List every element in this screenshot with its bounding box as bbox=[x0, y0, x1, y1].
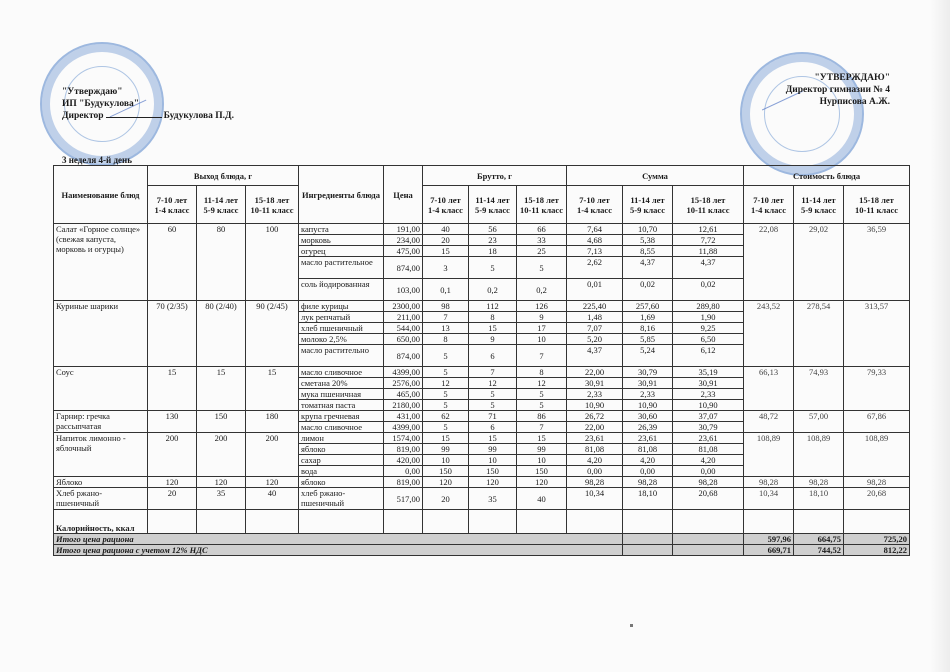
header-age-group: 11-14 лет5-9 класс bbox=[469, 186, 517, 224]
ingredient-gross: 13 bbox=[423, 323, 469, 334]
ingredient-gross: 8 bbox=[469, 312, 517, 323]
ingredient-gross: 40 bbox=[517, 488, 567, 510]
ingredient-gross: 120 bbox=[517, 477, 567, 488]
ingredient-gross: 99 bbox=[517, 444, 567, 455]
ingredient-sum: 0,02 bbox=[673, 279, 744, 301]
ingredient-sum: 2,33 bbox=[623, 389, 673, 400]
ingredient-gross: 18 bbox=[469, 246, 517, 257]
dish-cost: 108,89 bbox=[844, 433, 910, 477]
dish-output: 15 bbox=[148, 367, 197, 411]
ingredient-gross: 0,2 bbox=[517, 279, 567, 301]
approval-org: ИП "Будукулова" bbox=[62, 98, 234, 110]
approval-role: Директор bbox=[62, 111, 104, 121]
approval-role: Директор гимназии № 4 bbox=[786, 84, 890, 96]
ingredient-sum: 5,85 bbox=[623, 334, 673, 345]
grade-label: 1-4 класс bbox=[150, 205, 194, 215]
ingredient-gross: 5 bbox=[423, 422, 469, 433]
dish-cost: 36,59 bbox=[844, 224, 910, 301]
ingredient-gross: 5 bbox=[469, 400, 517, 411]
ingredient-gross: 33 bbox=[517, 235, 567, 246]
ingredient-sum: 10,70 bbox=[623, 224, 673, 235]
total-value: 725,20 bbox=[844, 534, 910, 545]
header-age-group: 11-14 лет5-9 класс bbox=[197, 186, 246, 224]
ingredient-name: яблоко bbox=[299, 477, 384, 488]
ingredient-sum: 98,28 bbox=[623, 477, 673, 488]
ingredient-sum: 26,39 bbox=[623, 422, 673, 433]
round-stamp-right bbox=[740, 52, 864, 176]
ingredient-sum: 7,72 bbox=[673, 235, 744, 246]
total-value: 812,22 bbox=[844, 545, 910, 556]
ingredient-price: 874,00 bbox=[384, 345, 423, 367]
total-value: 664,75 bbox=[794, 534, 844, 545]
dish-output: 130 bbox=[148, 411, 197, 433]
ingredient-gross: 126 bbox=[517, 301, 567, 312]
grade-label: 10-11 класс bbox=[675, 205, 741, 215]
ingredient-gross: 20 bbox=[423, 235, 469, 246]
ingredient-gross: 7 bbox=[517, 422, 567, 433]
age-label: 11-14 лет bbox=[471, 195, 514, 205]
ingredient-price: 234,00 bbox=[384, 235, 423, 246]
ingredient-gross: 15 bbox=[423, 246, 469, 257]
ingredient-sum: 0,01 bbox=[567, 279, 623, 301]
age-label: 7-10 лет bbox=[425, 195, 466, 205]
grade-label: 1-4 класс bbox=[425, 205, 466, 215]
table-body: Салат «Горное солнце» (свежая капуста, м… bbox=[54, 224, 910, 556]
dish-cost: 48,72 bbox=[744, 411, 794, 433]
header-row-age-groups: 7-10 лет1-4 класс11-14 лет5-9 класс15-18… bbox=[54, 186, 910, 224]
ingredient-gross: 10 bbox=[517, 334, 567, 345]
ingredient-sum: 289,80 bbox=[673, 301, 744, 312]
page-mark bbox=[630, 624, 633, 627]
total-value: 597,96 bbox=[744, 534, 794, 545]
ingredient-sum: 98,28 bbox=[673, 477, 744, 488]
ingredient-gross: 40 bbox=[423, 224, 469, 235]
ingredient-price: 819,00 bbox=[384, 477, 423, 488]
ingredient-sum: 0,00 bbox=[567, 466, 623, 477]
grade-label: 1-4 класс bbox=[569, 205, 620, 215]
ingredient-gross: 66 bbox=[517, 224, 567, 235]
dish-output: 120 bbox=[197, 477, 246, 488]
ingredient-sum: 4,37 bbox=[623, 257, 673, 279]
ingredient-sum: 30,79 bbox=[623, 367, 673, 378]
scan-edge-shadow bbox=[930, 0, 950, 672]
ingredient-sum: 2,33 bbox=[567, 389, 623, 400]
ingredient-sum: 0,00 bbox=[623, 466, 673, 477]
ingredient-gross: 120 bbox=[423, 477, 469, 488]
ingredient-gross: 15 bbox=[517, 433, 567, 444]
ingredient-gross: 7 bbox=[517, 345, 567, 367]
table-row: Напиток лимонно - яблочный200200200лимон… bbox=[54, 433, 910, 444]
ingredient-gross: 6 bbox=[469, 422, 517, 433]
ingredient-gross: 12 bbox=[517, 378, 567, 389]
age-label: 15-18 лет bbox=[675, 195, 741, 205]
header-gross: Брутто, г bbox=[423, 166, 567, 186]
ingredient-price: 517,00 bbox=[384, 488, 423, 510]
table-header: Наименование блюдВыход блюда, гИнгредиен… bbox=[54, 166, 910, 224]
ingredient-name: огурец bbox=[299, 246, 384, 257]
dish-output: 35 bbox=[197, 488, 246, 510]
ingredient-price: 191,00 bbox=[384, 224, 423, 235]
ingredient-sum: 257,60 bbox=[623, 301, 673, 312]
grade-label: 5-9 класс bbox=[625, 205, 670, 215]
ingredient-gross: 10 bbox=[423, 455, 469, 466]
ingredient-gross: 0,2 bbox=[469, 279, 517, 301]
calories-value bbox=[148, 510, 197, 534]
dish-output: 150 bbox=[197, 411, 246, 433]
calories-value bbox=[384, 510, 423, 534]
ingredient-gross: 150 bbox=[469, 466, 517, 477]
header-age-group: 7-10 лет1-4 класс bbox=[148, 186, 197, 224]
calories-value bbox=[567, 510, 623, 534]
ingredient-name: масло растительно bbox=[299, 345, 384, 367]
table-row: Салат «Горное солнце» (свежая капуста, м… bbox=[54, 224, 910, 235]
ingredient-sum: 7,07 bbox=[567, 323, 623, 334]
ingredient-gross: 5 bbox=[423, 367, 469, 378]
ingredient-name: морковь bbox=[299, 235, 384, 246]
ingredient-name: сахар bbox=[299, 455, 384, 466]
header-output: Выход блюда, г bbox=[148, 166, 299, 186]
table-row: Хлеб ржано-пшеничный203540хлеб ржано-пше… bbox=[54, 488, 910, 510]
ingredient-gross: 35 bbox=[469, 488, 517, 510]
dish-output: 200 bbox=[197, 433, 246, 477]
header-sum: Сумма bbox=[567, 166, 744, 186]
ingredient-price: 431,00 bbox=[384, 411, 423, 422]
total-blank bbox=[623, 545, 673, 556]
ingredient-gross: 10 bbox=[517, 455, 567, 466]
ingredient-price: 1574,00 bbox=[384, 433, 423, 444]
ingredient-price: 0,00 bbox=[384, 466, 423, 477]
calories-value bbox=[197, 510, 246, 534]
ingredient-gross: 5 bbox=[517, 400, 567, 411]
ingredient-sum: 4,37 bbox=[567, 345, 623, 367]
dish-output: 70 (2/35) bbox=[148, 301, 197, 367]
header-ingredients: Ингредиенты блюда bbox=[299, 166, 384, 224]
ingredient-name: хлеб ржано-пшеничный bbox=[299, 488, 384, 510]
grade-label: 5-9 класс bbox=[199, 205, 243, 215]
calories-value bbox=[423, 510, 469, 534]
age-label: 11-14 лет bbox=[625, 195, 670, 205]
ingredient-sum: 10,90 bbox=[673, 400, 744, 411]
ingredient-gross: 10 bbox=[469, 455, 517, 466]
dish-output: 200 bbox=[246, 433, 299, 477]
dish-name: Напиток лимонно - яблочный bbox=[54, 433, 148, 477]
ingredient-gross: 71 bbox=[469, 411, 517, 422]
calories-value bbox=[673, 510, 744, 534]
dish-output: 20 bbox=[148, 488, 197, 510]
ingredient-gross: 8 bbox=[517, 367, 567, 378]
ingredient-gross: 9 bbox=[469, 334, 517, 345]
total-row: Итого цена рациона597,96664,75725,20 bbox=[54, 534, 910, 545]
ingredient-sum: 30,60 bbox=[623, 411, 673, 422]
header-age-group: 15-18 лет10-11 класс bbox=[673, 186, 744, 224]
ingredient-sum: 10,90 bbox=[623, 400, 673, 411]
ingredient-sum: 20,68 bbox=[673, 488, 744, 510]
dish-cost: 108,89 bbox=[794, 433, 844, 477]
ingredient-sum: 23,61 bbox=[623, 433, 673, 444]
ingredient-price: 4399,00 bbox=[384, 422, 423, 433]
calories-row: Калорийность, ккал bbox=[54, 510, 910, 534]
ingredient-sum: 12,61 bbox=[673, 224, 744, 235]
ingredient-price: 465,00 bbox=[384, 389, 423, 400]
dish-cost: 243,52 bbox=[744, 301, 794, 367]
approval-signature-line: ДиректорБудукулова П.Д. bbox=[62, 110, 234, 122]
grade-label: 10-11 класс bbox=[519, 205, 564, 215]
ingredient-gross: 15 bbox=[423, 433, 469, 444]
ingredient-gross: 86 bbox=[517, 411, 567, 422]
ingredient-gross: 23 bbox=[469, 235, 517, 246]
ingredient-name: молоко 2,5% bbox=[299, 334, 384, 345]
approval-block-left: "Утверждаю" ИП "Будукулова" ДиректорБуду… bbox=[62, 86, 234, 122]
ingredient-sum: 26,72 bbox=[567, 411, 623, 422]
dish-output: 90 (2/45) bbox=[246, 301, 299, 367]
ingredient-price: 650,00 bbox=[384, 334, 423, 345]
ingredient-gross: 3 bbox=[423, 257, 469, 279]
calories-value bbox=[469, 510, 517, 534]
dish-output: 60 bbox=[148, 224, 197, 301]
dish-output: 15 bbox=[197, 367, 246, 411]
ingredient-sum: 11,88 bbox=[673, 246, 744, 257]
ingredient-price: 2576,00 bbox=[384, 378, 423, 389]
calories-value bbox=[299, 510, 384, 534]
ingredient-gross: 99 bbox=[423, 444, 469, 455]
approval-title: "Утверждаю" bbox=[62, 86, 234, 98]
grade-label: 10-11 класс bbox=[248, 205, 296, 215]
ingredient-sum: 5,38 bbox=[623, 235, 673, 246]
ingredient-sum: 35,19 bbox=[673, 367, 744, 378]
ingredient-sum: 30,91 bbox=[673, 378, 744, 389]
dish-cost: 74,93 bbox=[794, 367, 844, 411]
ingredient-gross: 6 bbox=[469, 345, 517, 367]
ingredient-name: крупа гречневая bbox=[299, 411, 384, 422]
dish-name: Хлеб ржано-пшеничный bbox=[54, 488, 148, 510]
ingredient-gross: 15 bbox=[469, 433, 517, 444]
ingredient-gross: 5 bbox=[423, 345, 469, 367]
ingredient-price: 475,00 bbox=[384, 246, 423, 257]
ingredient-name: лимон bbox=[299, 433, 384, 444]
ingredient-gross: 56 bbox=[469, 224, 517, 235]
dish-output: 180 bbox=[246, 411, 299, 433]
ingredient-sum: 10,34 bbox=[567, 488, 623, 510]
signature-line bbox=[106, 117, 162, 118]
menu-cost-table: Наименование блюдВыход блюда, гИнгредиен… bbox=[53, 165, 910, 556]
ingredient-sum: 5,20 bbox=[567, 334, 623, 345]
header-age-group: 7-10 лет1-4 класс bbox=[744, 186, 794, 224]
dish-cost: 278,54 bbox=[794, 301, 844, 367]
dish-cost: 29,02 bbox=[794, 224, 844, 301]
header-age-group: 11-14 лет5-9 класс bbox=[623, 186, 673, 224]
ingredient-sum: 4,20 bbox=[673, 455, 744, 466]
age-label: 15-18 лет bbox=[519, 195, 564, 205]
ingredient-price: 103,00 bbox=[384, 279, 423, 301]
age-label: 15-18 лет bbox=[248, 195, 296, 205]
ingredient-gross: 5 bbox=[469, 389, 517, 400]
ingredient-sum: 6,50 bbox=[673, 334, 744, 345]
dish-name: Яблоко bbox=[54, 477, 148, 488]
dish-cost: 22,08 bbox=[744, 224, 794, 301]
ingredient-name: масло растительное bbox=[299, 257, 384, 279]
ingredient-price: 2300,00 bbox=[384, 301, 423, 312]
ingredient-name: масло сливочное bbox=[299, 367, 384, 378]
ingredient-gross: 8 bbox=[423, 334, 469, 345]
dish-output: 15 bbox=[246, 367, 299, 411]
ingredient-sum: 30,79 bbox=[673, 422, 744, 433]
ingredient-sum: 7,13 bbox=[567, 246, 623, 257]
ingredient-sum: 23,61 bbox=[673, 433, 744, 444]
dish-cost: 18,10 bbox=[794, 488, 844, 510]
calories-value bbox=[844, 510, 910, 534]
ingredient-gross: 15 bbox=[469, 323, 517, 334]
table-row: Яблоко120120120яблоко819,0012012012098,2… bbox=[54, 477, 910, 488]
ingredient-sum: 98,28 bbox=[567, 477, 623, 488]
ingredient-sum: 1,90 bbox=[673, 312, 744, 323]
grade-label: 5-9 класс bbox=[471, 205, 514, 215]
approval-name: Будукулова П.Д. bbox=[164, 111, 234, 121]
ingredient-gross: 112 bbox=[469, 301, 517, 312]
ingredient-sum: 8,55 bbox=[623, 246, 673, 257]
ingredient-sum: 8,16 bbox=[623, 323, 673, 334]
dish-cost: 10,34 bbox=[744, 488, 794, 510]
ingredient-name: соль йодированная bbox=[299, 279, 384, 301]
total-row: Итого цена рациона с учетом 12% НДС669,7… bbox=[54, 545, 910, 556]
ingredient-price: 4399,00 bbox=[384, 367, 423, 378]
ingredient-gross: 120 bbox=[469, 477, 517, 488]
table-row: Куриные шарики70 (2/35)80 (2/40)90 (2/45… bbox=[54, 301, 910, 312]
age-label: 7-10 лет bbox=[150, 195, 194, 205]
dish-output: 100 bbox=[246, 224, 299, 301]
ingredient-gross: 5 bbox=[469, 257, 517, 279]
ingredient-sum: 6,12 bbox=[673, 345, 744, 367]
total-label: Итого цена рациона bbox=[54, 534, 623, 545]
ingredient-sum: 0,02 bbox=[623, 279, 673, 301]
approval-block-right: "УТВЕРЖДАЮ" Директор гимназии № 4 Нурпис… bbox=[786, 72, 890, 108]
dish-cost: 108,89 bbox=[744, 433, 794, 477]
calories-value bbox=[794, 510, 844, 534]
ingredient-name: вода bbox=[299, 466, 384, 477]
ingredient-name: филе курицы bbox=[299, 301, 384, 312]
calories-label: Калорийность, ккал bbox=[54, 510, 148, 534]
dish-cost: 67,86 bbox=[844, 411, 910, 433]
header-dish-cost: Стоимость блюда bbox=[744, 166, 910, 186]
ingredient-gross: 5 bbox=[517, 389, 567, 400]
ingredient-sum: 10,90 bbox=[567, 400, 623, 411]
ingredient-sum: 225,40 bbox=[567, 301, 623, 312]
dish-cost: 79,33 bbox=[844, 367, 910, 411]
ingredient-name: томатная паста bbox=[299, 400, 384, 411]
dish-output: 120 bbox=[148, 477, 197, 488]
header-age-group: 11-14 лет5-9 класс bbox=[794, 186, 844, 224]
header-price: Цена bbox=[384, 166, 423, 224]
ingredient-gross: 99 bbox=[469, 444, 517, 455]
ingredient-sum: 81,08 bbox=[567, 444, 623, 455]
approval-title: "УТВЕРЖДАЮ" bbox=[786, 72, 890, 84]
ingredient-sum: 1,48 bbox=[567, 312, 623, 323]
ingredient-sum: 37,07 bbox=[673, 411, 744, 422]
calories-value bbox=[744, 510, 794, 534]
ingredient-name: яблоко bbox=[299, 444, 384, 455]
ingredient-gross: 150 bbox=[423, 466, 469, 477]
ingredient-gross: 25 bbox=[517, 246, 567, 257]
total-blank bbox=[673, 534, 744, 545]
ingredient-gross: 7 bbox=[469, 367, 517, 378]
ingredient-sum: 4,20 bbox=[567, 455, 623, 466]
total-label: Итого цена рациона с учетом 12% НДС bbox=[54, 545, 623, 556]
header-age-group: 15-18 лет10-11 класс bbox=[844, 186, 910, 224]
ingredient-sum: 23,61 bbox=[567, 433, 623, 444]
header-age-group: 7-10 лет1-4 класс bbox=[567, 186, 623, 224]
ingredient-name: мука пшеничная bbox=[299, 389, 384, 400]
ingredient-sum: 1,69 bbox=[623, 312, 673, 323]
ingredient-name: лук репчатый bbox=[299, 312, 384, 323]
ingredient-price: 874,00 bbox=[384, 257, 423, 279]
ingredient-gross: 5 bbox=[517, 257, 567, 279]
dish-cost: 313,57 bbox=[844, 301, 910, 367]
calories-value bbox=[246, 510, 299, 534]
age-label: 15-18 лет bbox=[846, 195, 907, 205]
ingredient-sum: 0,00 bbox=[673, 466, 744, 477]
ingredient-price: 420,00 bbox=[384, 455, 423, 466]
ingredient-gross: 5 bbox=[423, 389, 469, 400]
ingredient-sum: 81,08 bbox=[673, 444, 744, 455]
age-label: 11-14 лет bbox=[199, 195, 243, 205]
total-value: 744,52 bbox=[794, 545, 844, 556]
ingredient-gross: 150 bbox=[517, 466, 567, 477]
age-label: 7-10 лет bbox=[746, 195, 791, 205]
grade-label: 5-9 класс bbox=[796, 205, 841, 215]
header-age-group: 15-18 лет10-11 класс bbox=[517, 186, 567, 224]
ingredient-sum: 2,33 bbox=[673, 389, 744, 400]
calories-value bbox=[517, 510, 567, 534]
ingredient-gross: 12 bbox=[423, 378, 469, 389]
ingredient-price: 2180,00 bbox=[384, 400, 423, 411]
ingredient-gross: 62 bbox=[423, 411, 469, 422]
ingredient-gross: 12 bbox=[469, 378, 517, 389]
ingredient-gross: 9 bbox=[517, 312, 567, 323]
ingredient-sum: 4,37 bbox=[673, 257, 744, 279]
dish-name: Соус bbox=[54, 367, 148, 411]
dish-output: 80 bbox=[197, 224, 246, 301]
dish-name: Куриные шарики bbox=[54, 301, 148, 367]
ingredient-name: сметана 20% bbox=[299, 378, 384, 389]
ingredient-sum: 22,00 bbox=[567, 367, 623, 378]
calories-value bbox=[623, 510, 673, 534]
ingredient-gross: 0,1 bbox=[423, 279, 469, 301]
ingredient-sum: 7,64 bbox=[567, 224, 623, 235]
header-dish-name: Наименование блюд bbox=[54, 166, 148, 224]
total-value: 669,71 bbox=[744, 545, 794, 556]
grade-label: 10-11 класс bbox=[846, 205, 907, 215]
ingredient-sum: 30,91 bbox=[623, 378, 673, 389]
dish-cost: 20,68 bbox=[844, 488, 910, 510]
ingredient-name: масло сливочное bbox=[299, 422, 384, 433]
total-blank bbox=[623, 534, 673, 545]
ingredient-sum: 4,68 bbox=[567, 235, 623, 246]
table-row: Гарнир: гречка рассыпчатая130150180крупа… bbox=[54, 411, 910, 422]
dish-output: 120 bbox=[246, 477, 299, 488]
ingredient-sum: 22,00 bbox=[567, 422, 623, 433]
grade-label: 1-4 класс bbox=[746, 205, 791, 215]
ingredient-sum: 18,10 bbox=[623, 488, 673, 510]
ingredient-price: 819,00 bbox=[384, 444, 423, 455]
header-age-group: 15-18 лет10-11 класс bbox=[246, 186, 299, 224]
dish-cost: 98,28 bbox=[794, 477, 844, 488]
dish-cost: 98,28 bbox=[744, 477, 794, 488]
ingredient-gross: 7 bbox=[423, 312, 469, 323]
ingredient-sum: 9,25 bbox=[673, 323, 744, 334]
header-row-groups: Наименование блюдВыход блюда, гИнгредиен… bbox=[54, 166, 910, 186]
age-label: 11-14 лет bbox=[796, 195, 841, 205]
ingredient-name: хлеб пшеничный bbox=[299, 323, 384, 334]
ingredient-price: 544,00 bbox=[384, 323, 423, 334]
